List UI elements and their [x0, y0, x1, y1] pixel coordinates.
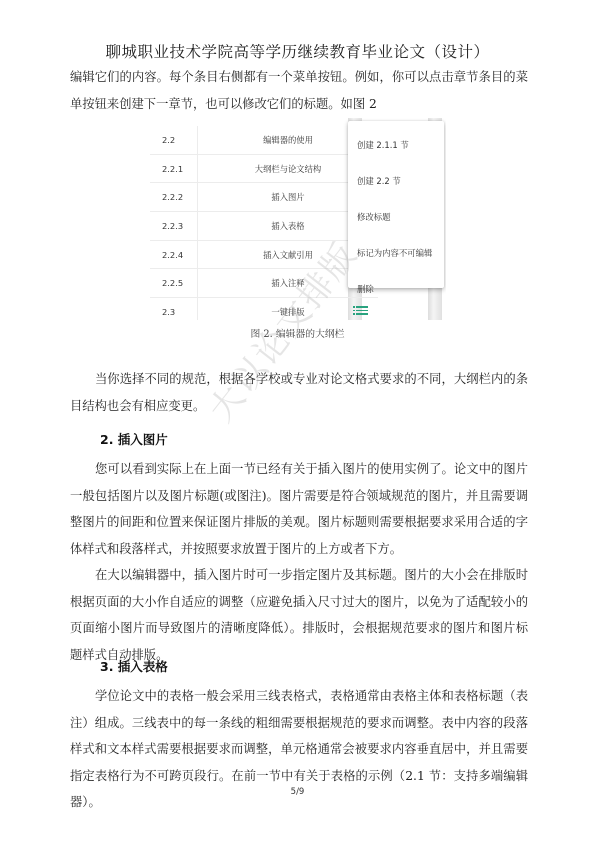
menu-item-create-section[interactable]: 创建 2.2 节: [348, 165, 444, 197]
outline-row-title: 一键排版: [198, 306, 378, 318]
menu-item-lock-content[interactable]: 标记为内容不可编辑: [348, 237, 444, 269]
intro-paragraph: 编辑它们的内容。每个条目右侧都有一个菜单按钮。例如，你可以点击章节条目的菜单按钮…: [70, 64, 528, 117]
outline-row[interactable]: 2.2.5 插入注释: [150, 269, 378, 298]
section-heading-insert-table: 3. 插入表格: [100, 657, 168, 675]
outline-row-number: 2.2.2: [150, 183, 198, 211]
outline-row-number: 2.2.1: [150, 155, 198, 183]
outline-row[interactable]: 2.2 编辑器的使用: [150, 126, 378, 155]
menu-item-create-subsection[interactable]: 创建 2.1.1 节: [348, 129, 444, 161]
outline-row[interactable]: 2.3 一键排版: [150, 298, 378, 320]
outline-editor-figure: 2.2 编辑器的使用 2.2.1 大纲栏与论文结构 2.2.2 插入图片 2.2…: [150, 118, 446, 320]
outline-row-number: 2.2.5: [150, 269, 198, 297]
page-header-title: 聊城职业技术学院高等学历继续教育毕业论文（设计）: [0, 40, 595, 62]
page-number: 5/9: [0, 787, 595, 797]
outline-change-paragraph: 当你选择不同的规范，根据各学校或专业对论文格式要求的不同，大纲栏内的条目结构也会…: [70, 366, 528, 419]
figure-caption: 图 2. 编辑器的大纲栏: [0, 326, 595, 340]
insert-image-paragraph-1: 您可以看到实际上在上面一节已经有关于插入图片的使用实例了。论文中的图片一般包括图…: [70, 456, 528, 562]
outline-row-number: 2.3: [150, 298, 198, 320]
context-menu: 创建 2.1.1 节 创建 2.2 节 修改标题 标记为内容不可编辑 删除: [348, 121, 444, 288]
menu-item-delete[interactable]: 删除: [348, 273, 444, 305]
outline-row[interactable]: 2.2.2 插入图片: [150, 183, 378, 212]
outline-list: 2.2 编辑器的使用 2.2.1 大纲栏与论文结构 2.2.2 插入图片 2.2…: [150, 126, 378, 320]
outline-row[interactable]: 2.2.4 插入文献引用: [150, 241, 378, 270]
outline-row-number: 2.2: [150, 126, 198, 154]
insert-image-paragraph-2: 在大以编辑器中，插入图片时可一步指定图片及其标题。图片的大小会在排版时根据页面的…: [70, 562, 528, 668]
section-heading-insert-image: 2. 插入图片: [100, 430, 168, 448]
outline-row[interactable]: 2.2.3 插入表格: [150, 212, 378, 241]
list-menu-icon[interactable]: [356, 306, 368, 316]
outline-row[interactable]: 2.2.1 大纲栏与论文结构: [150, 155, 378, 184]
outline-row-number: 2.2.4: [150, 241, 198, 269]
outline-row-number: 2.2.3: [150, 212, 198, 240]
menu-item-rename[interactable]: 修改标题: [348, 201, 444, 233]
